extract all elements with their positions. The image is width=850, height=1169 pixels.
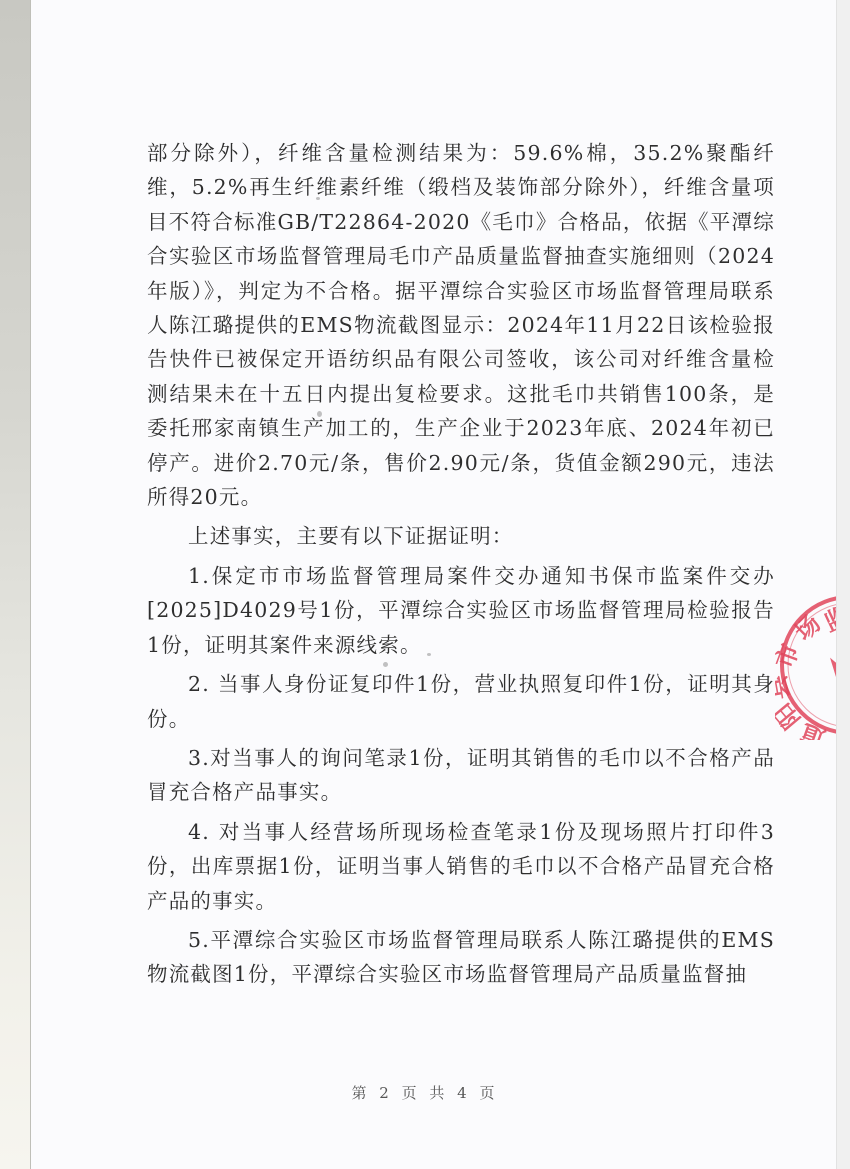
paragraph-facts-continuation: 部分除外），纤维含量检测结果为：59.6%棉，35.2%聚酯纤维，5.2%再生纤… (147, 136, 775, 514)
scan-speck (317, 411, 322, 417)
paragraph-evidence-5: 5.平潭综合实验区市场监督管理局联系人陈江璐提供的EMS物流截图1份，平潭综合实… (147, 923, 775, 992)
page-number-footer: 第 2 页 共 4 页 (0, 1082, 850, 1103)
document-body: 部分除外），纤维含量检测结果为：59.6%棉，35.2%聚酯纤维，5.2%再生纤… (147, 136, 775, 992)
paragraph-evidence-4: 4. 对当事人经营场所现场检查笔录1份及现场照片打印件3份，出库票据1份，证明当… (147, 815, 775, 918)
scan-speck (316, 197, 320, 200)
paragraph-evidence-intro: 上述事实，主要有以下证据证明： (147, 519, 775, 553)
scan-right-edge (836, 0, 850, 1169)
paragraph-evidence-2: 2. 当事人身份证复印件1份，营业执照复印件1份，证明其身份。 (147, 667, 775, 736)
scan-speck (383, 662, 388, 667)
paragraph-evidence-3: 3.对当事人的询问笔录1份，证明其销售的毛巾以不合格产品冒充合格产品事实。 (147, 741, 775, 810)
scan-speck (427, 653, 431, 656)
paragraph-evidence-1: 1.保定市市场监督管理局案件交办通知书保市监案件交办[2025]D4029号1份… (147, 559, 775, 662)
scan-left-edge (0, 0, 31, 1169)
